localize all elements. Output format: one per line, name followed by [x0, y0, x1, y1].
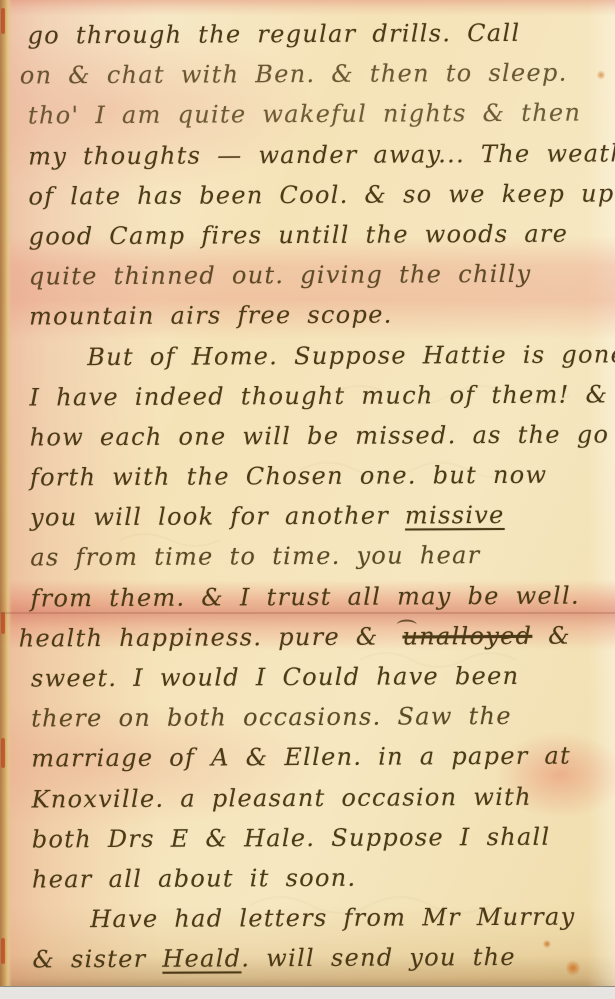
letter-line: go through the regular drills. Call [27, 12, 598, 55]
letter-line-text: . will send you the [241, 943, 516, 972]
letter-line-text: there on both occasions. Saw the [31, 702, 512, 733]
letter-line-text: on & chat with Ben. & then to sleep. [20, 59, 568, 90]
letter-line: Knoxville. a pleasant occasion with [31, 776, 602, 819]
letter-line: from them. & I trust all may be well. [30, 575, 601, 618]
letter-line-text: both Drs E & Hale. Suppose I shall [32, 822, 551, 853]
letter-line: on & chat with Ben. & then to sleep. [20, 53, 599, 96]
letter-line-text: But of Home. Suppose Hattie is gone [87, 340, 615, 371]
letter-text-block: go through the regular drills. Callon & … [0, 12, 615, 980]
letter-line-text: forth with the Chosen one. but now [30, 461, 548, 492]
letter-line: sweet. I would I Could have been [31, 655, 602, 698]
letter-line-text: health happiness. pure & [19, 622, 395, 652]
letter-line-text: you will look for another [30, 502, 405, 532]
letter-line-text: tho' I am quite wakeful nights & then [28, 99, 581, 130]
letter-line: mountain airs free scope. [29, 294, 600, 337]
letter-line: & sister Heald. will send you the [32, 937, 603, 980]
letter-line-text: of late has been Cool. & so we keep up [28, 179, 614, 210]
letter-line-text: I have indeed thought much of them! & [29, 380, 608, 411]
letter-line-text: & [532, 621, 571, 649]
letter-line: my thoughts — wander away... The weather [28, 133, 599, 176]
letter-line: both Drs E & Hale. Suppose I shall [32, 816, 603, 859]
letter-line: I have indeed thought much of them! & [29, 374, 600, 417]
letter-line-text: my thoughts — wander away... The weather [28, 139, 615, 170]
letter-line: how each one will be missed. as the go [30, 414, 601, 457]
letter-line: forth with the Chosen one. but now [30, 455, 601, 498]
underlined-word: missive [405, 501, 505, 530]
underlined-word: Heald [162, 945, 241, 973]
letter-line: health happiness. pure & unalloyed & [19, 615, 602, 658]
letter-line: Have had letters from Mr Murray [32, 897, 603, 940]
letter-line-text: Have had letters from Mr Murray [90, 903, 575, 934]
letter-line-text: & sister [32, 945, 162, 974]
letter-line: good Camp fires untill the woods are [29, 213, 600, 256]
letter-line: quite thinned out. giving the chilly [29, 254, 600, 297]
letter-line-text: sweet. I would I Could have been [31, 662, 520, 693]
letter-line: as from time to time. you hear [30, 535, 601, 578]
letter-line-text: how each one will be missed. as the go [30, 420, 610, 451]
letter-line: there on both occasions. Saw the [31, 696, 602, 739]
letter-line-text: mountain airs free scope. [29, 301, 393, 331]
letter-scan: go through the regular drills. Callon & … [0, 0, 615, 999]
crossed-out-word: unalloyed [402, 622, 532, 651]
letter-line-text: go through the regular drills. Call [28, 19, 521, 50]
letter-line: marriage of A & Ellen. in a paper at [31, 736, 602, 779]
letter-line: tho' I am quite wakeful nights & then [28, 93, 599, 136]
letter-line-text: as from time to time. you hear [30, 542, 480, 572]
letter-line-text: quite thinned out. giving the chilly [29, 260, 532, 291]
letter-line-text: hear all about it soon. [32, 864, 357, 894]
letter-line: But of Home. Suppose Hattie is gone [29, 334, 600, 377]
letter-line: hear all about it soon. [32, 856, 603, 899]
scanner-bed-strip [0, 986, 615, 999]
letter-line-text: good Camp fires untill the woods are [29, 220, 569, 251]
letter-line-text: marriage of A & Ellen. in a paper at [31, 742, 571, 773]
letter-line-text: from them. & I trust all may be well. [30, 581, 579, 612]
letter-line-text: Knoxville. a pleasant occasion with [32, 782, 532, 813]
letter-line: of late has been Cool. & so we keep up [28, 173, 599, 216]
letter-line: you will look for another missive [30, 495, 601, 538]
